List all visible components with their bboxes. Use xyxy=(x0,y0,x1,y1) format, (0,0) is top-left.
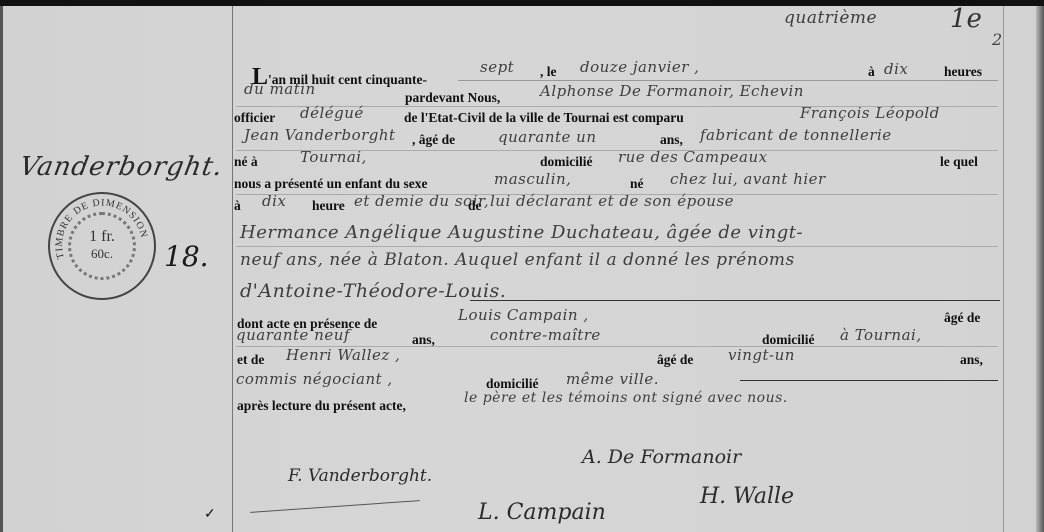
child-sex: masculin, xyxy=(494,170,571,188)
printed-text: ans, xyxy=(660,132,683,148)
witness1-age: quarante neuf xyxy=(236,326,350,344)
printed-text: âgé de xyxy=(944,310,980,326)
parent-relation: lui déclarant et de son épouse xyxy=(490,192,734,210)
printed-text: âgé de xyxy=(657,352,693,368)
margin-rule xyxy=(232,6,233,532)
printed-text: pardevant Nous, xyxy=(405,90,500,106)
writing-line xyxy=(458,80,998,81)
printed-text: et de xyxy=(237,352,264,368)
printed-text: à xyxy=(868,64,875,80)
printed-text: domicilié xyxy=(540,154,593,170)
tax-stamp: TIMBRE DE DIMENSION 1 fr. 60c. xyxy=(48,192,156,300)
writing-line xyxy=(236,246,998,247)
witness1-signature: L. Campain xyxy=(478,500,606,525)
closing-rule xyxy=(470,300,1000,301)
date-handwritten: douze janvier , xyxy=(580,58,699,76)
closing-rule xyxy=(740,380,998,381)
year-handwritten: sept xyxy=(480,58,514,76)
entry-number: 18. xyxy=(164,240,209,273)
page-mark: 2 xyxy=(992,30,1003,49)
declarant-occupation: fabricant de tonnellerie xyxy=(700,126,892,144)
role-handwritten: délégué xyxy=(300,104,364,122)
printed-text: heures xyxy=(944,64,982,80)
hour-handwritten: dix xyxy=(884,60,908,78)
printed-text: le quel xyxy=(940,154,978,170)
page-binding-edge xyxy=(1036,6,1044,532)
declarant-birthplace: Tournai, xyxy=(300,148,367,166)
printed-text: à xyxy=(234,198,241,214)
declarant-address: rue des Campeaux xyxy=(618,148,768,166)
printed-text: , âgé de xyxy=(412,132,455,148)
scan-left-edge xyxy=(0,6,3,532)
margin-surname: Vanderborght. xyxy=(17,152,225,182)
printed-text: né xyxy=(630,176,644,192)
printed-text: après lecture du présent acte, xyxy=(237,398,406,414)
witness1-occupation: contre-maître xyxy=(490,326,601,344)
father-signature: F. Vanderborght. xyxy=(288,466,432,486)
child-given-names: d'Antoine-Théodore-Louis. xyxy=(240,280,506,302)
declarant-age: quarante un xyxy=(498,128,596,146)
witness2-age: vingt-un xyxy=(728,346,795,364)
witness2-signature: H. Walle xyxy=(700,484,794,509)
mother-details-child-names: neuf ans, née à Blaton. Auquel enfant il… xyxy=(240,250,795,270)
checkmark-icon: ✓ xyxy=(204,506,216,523)
corner-mark: 1e xyxy=(950,4,982,34)
printed-text: nous a présenté un enfant du sexe xyxy=(234,176,428,192)
declarant-firstnames: François Léopold xyxy=(800,104,940,122)
birth-place-time: chez lui, avant hier xyxy=(670,170,826,188)
officer-handwritten: Alphonse De Formanoir, Echevin xyxy=(540,82,804,100)
printed-text: ans, xyxy=(960,352,983,368)
stamp-value-francs: 1 fr. xyxy=(50,228,154,246)
right-margin-rule xyxy=(1003,6,1004,532)
signing-statement: le père et les témoins ont signé avec no… xyxy=(464,390,788,406)
header-note: quatrième xyxy=(784,8,877,28)
mother-name-age: Hermance Angélique Augustine Duchateau, … xyxy=(240,222,803,243)
printed-text: heure xyxy=(312,198,345,214)
printed-text: de xyxy=(468,198,482,214)
witness1-residence: à Tournai, xyxy=(840,326,922,344)
time-handwritten: du matin xyxy=(244,80,316,98)
witness2-occupation: commis négociant , xyxy=(236,370,393,388)
declarant-name: Jean Vanderborght xyxy=(244,126,396,144)
birth-hour: dix xyxy=(262,192,286,210)
officer-signature: A. De Formanoir xyxy=(582,446,741,468)
printed-text: officier xyxy=(234,110,275,126)
printed-text: de l'Etat-Civil de la ville de Tournai e… xyxy=(404,110,684,126)
witness2-residence: même ville. xyxy=(566,370,659,388)
stamp-value-centimes: 60c. xyxy=(50,246,154,262)
printed-text: né à xyxy=(234,154,258,170)
witness2-name: Henri Wallez , xyxy=(286,346,400,364)
witness1-name: Louis Campain , xyxy=(458,306,589,324)
printed-text: , le xyxy=(540,64,557,80)
